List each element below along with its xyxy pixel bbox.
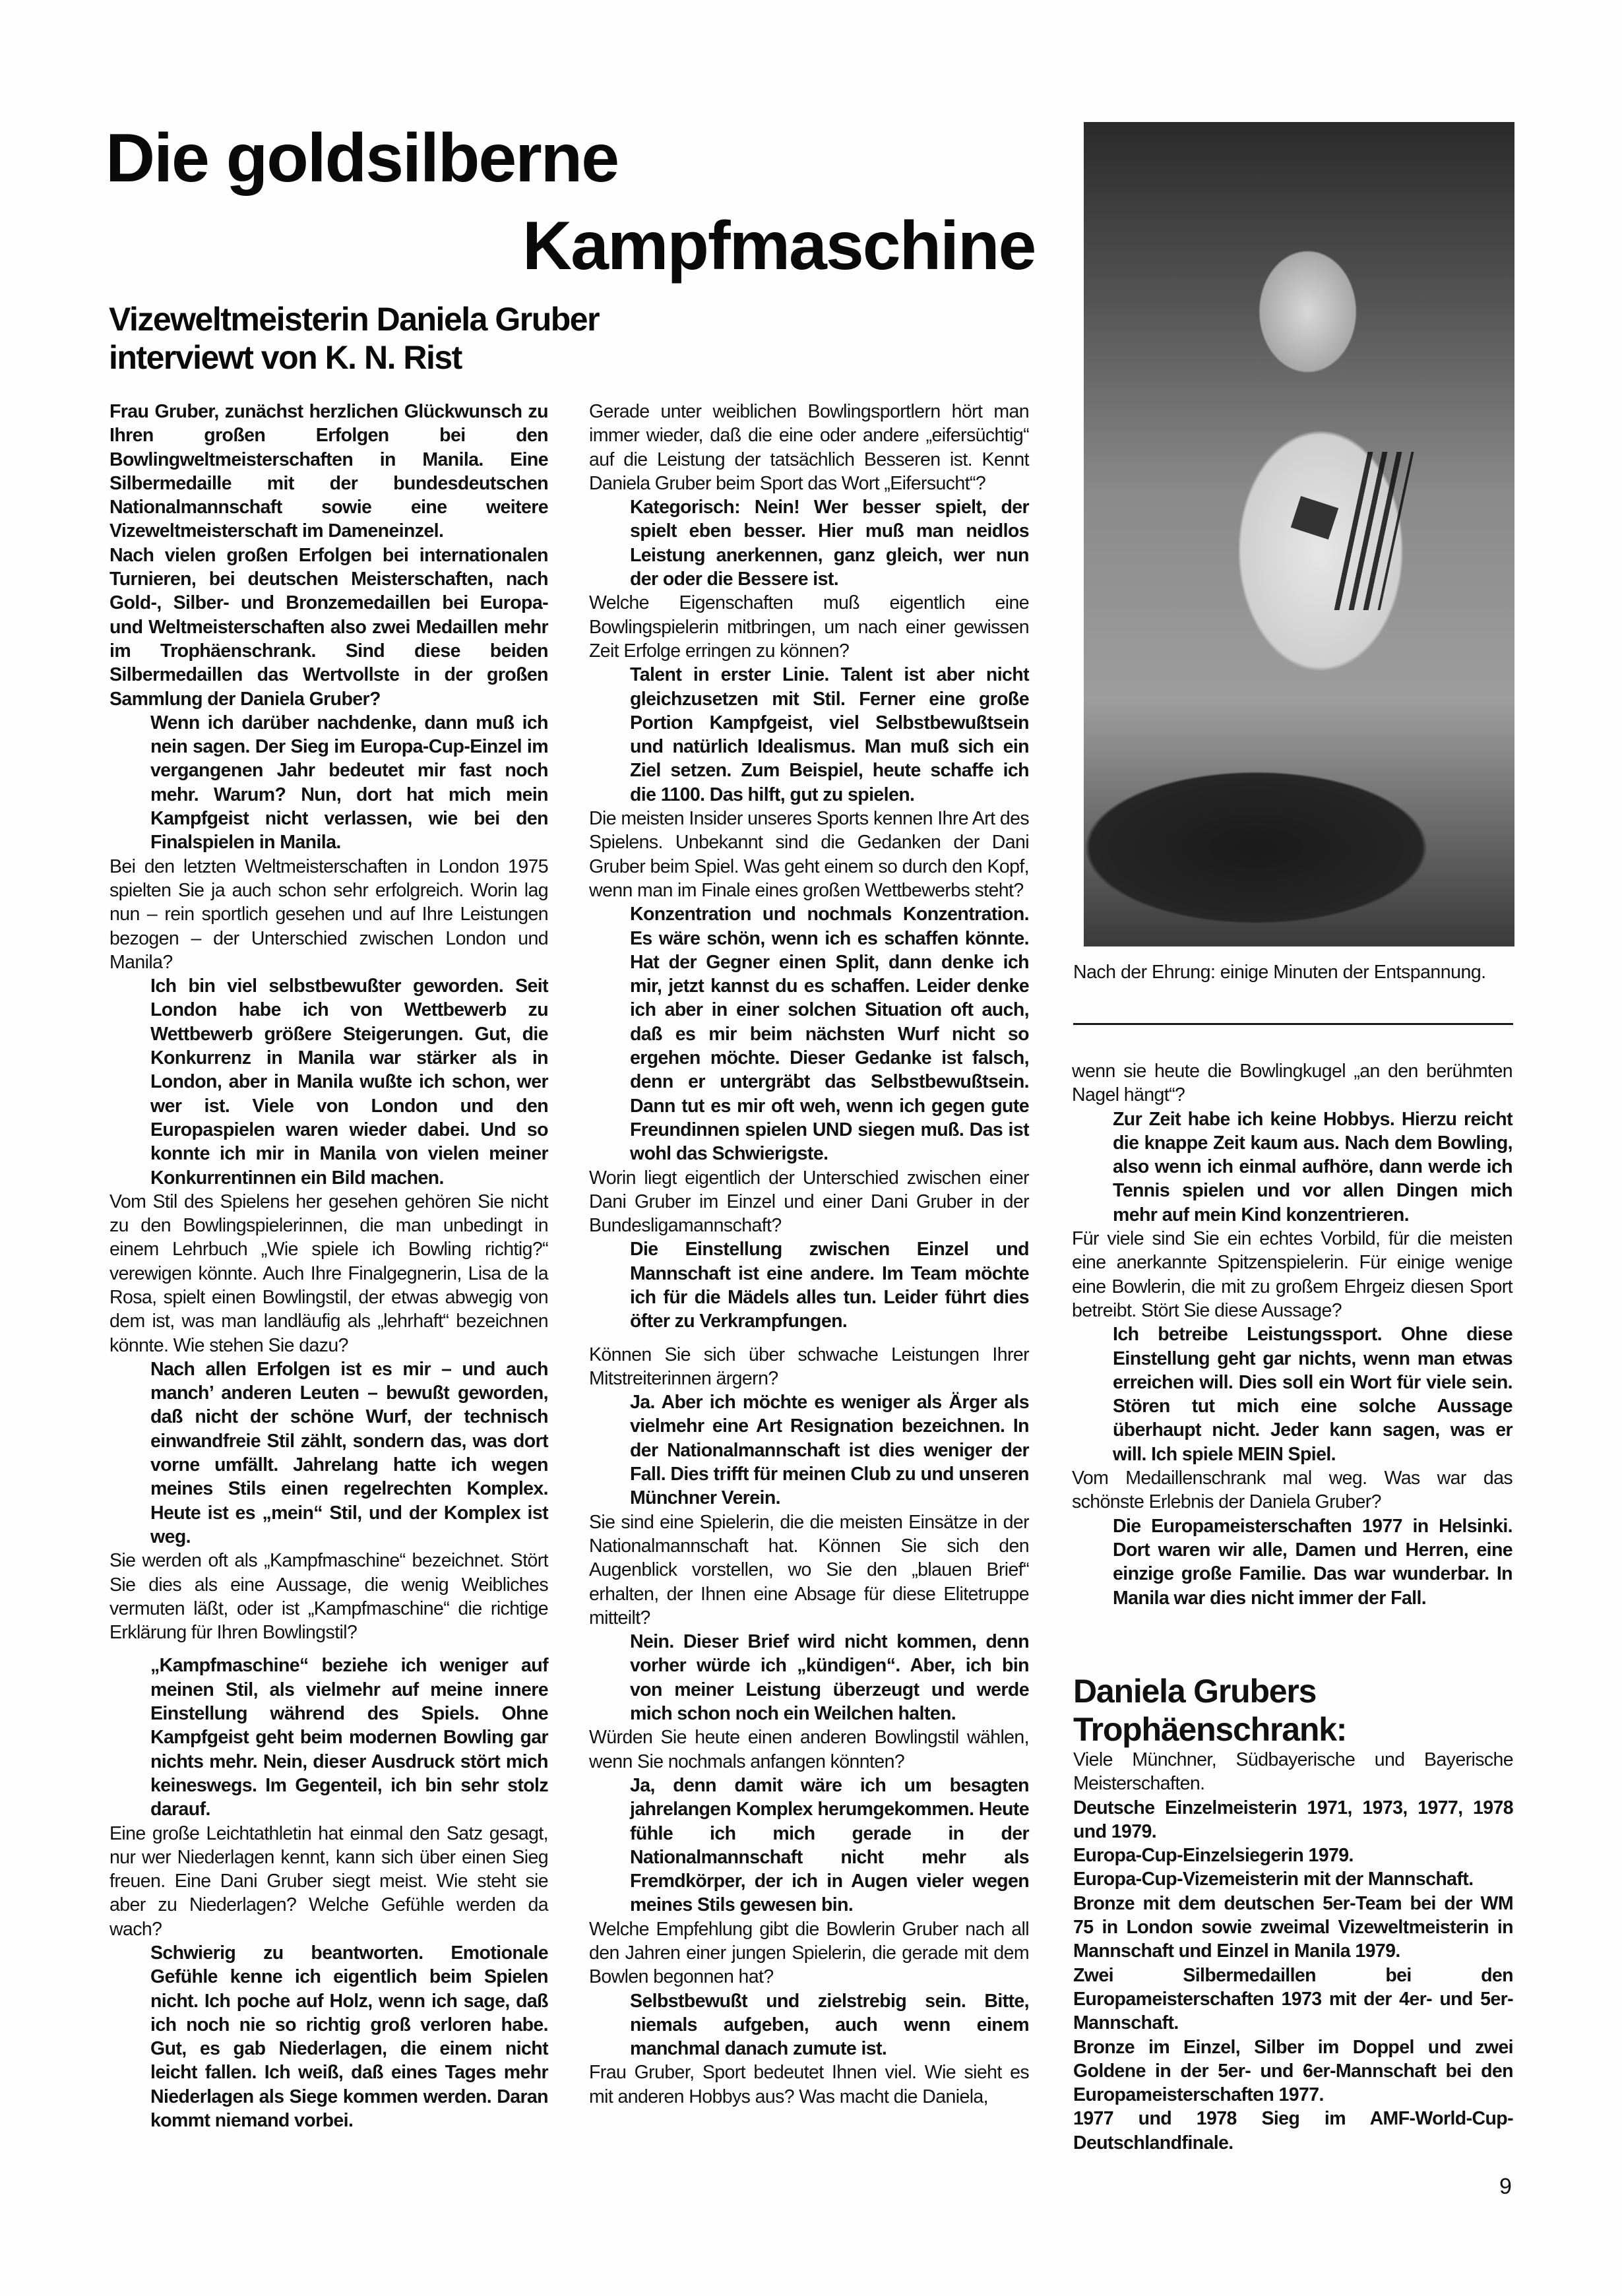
trophy-item: Bronze im Einzel, Silber im Doppel und z… — [1073, 2035, 1513, 2107]
intro-question: Nach vielen großen Erfolgen bei internat… — [109, 543, 548, 711]
answer-paragraph: Die Europameisterschaften 1977 in Helsin… — [1072, 1514, 1513, 1610]
question-paragraph: Die meisten Insider unseres Sports kenne… — [589, 807, 1029, 902]
question-paragraph: Gerade unter weiblichen Bowlingsportlern… — [589, 400, 1029, 495]
caption-divider — [1073, 1023, 1513, 1025]
trophy-item: 1977 und 1978 Sieg im AMF-World-Cup-Deut… — [1073, 2107, 1513, 2155]
trophy-item: Viele Münchner, Südbayerische und Bayeri… — [1073, 1748, 1513, 1796]
answer-paragraph: Talent in erster Linie. Talent ist aber … — [589, 663, 1029, 807]
answer-paragraph: Zur Zeit habe ich keine Hobbys. Hierzu r… — [1072, 1107, 1513, 1227]
answer-paragraph: „Kampfmaschine“ beziehe ich weniger auf … — [109, 1654, 548, 1821]
article-title-line-1: Die goldsilberne — [106, 122, 618, 195]
intro-paragraph: Frau Gruber, zunächst herzlichen Glückwu… — [109, 400, 548, 543]
question-paragraph: Welche Empfehlung gibt die Bowlerin Grub… — [589, 1917, 1029, 1989]
trophies-list: Viele Münchner, Südbayerische und Bayeri… — [1073, 1748, 1513, 2155]
magazine-page: Die goldsilberne Kampfmaschine Vizeweltm… — [0, 0, 1622, 2296]
answer-paragraph: Ja, denn damit wäre ich um besagten jahr… — [589, 1774, 1029, 1917]
question-paragraph: Welche Eigenschaften muß eigentlich eine… — [589, 591, 1029, 663]
jacket-stripes-shape — [1334, 452, 1414, 610]
question-paragraph: Eine große Leichtathletin hat einmal den… — [109, 1822, 548, 1941]
question-paragraph: Vom Stil des Spielens her gesehen gehöre… — [109, 1190, 548, 1357]
photo-caption: Nach der Ehrung: einige Minuten der Ents… — [1073, 960, 1513, 984]
answer-paragraph: Konzentration und nochmals Konzentration… — [589, 902, 1029, 1165]
badge-shape — [1291, 496, 1339, 540]
answer-paragraph: Ich betreibe Leistungssport. Ohne diese … — [1072, 1322, 1513, 1466]
question-paragraph: Bei den letzten Weltmeisterschaften in L… — [109, 855, 548, 974]
interview-column-1: Frau Gruber, zunächst herzlichen Glückwu… — [109, 400, 548, 2132]
answer-paragraph: Ja. Aber ich möchte es weniger als Ärger… — [589, 1390, 1029, 1510]
question-paragraph: Frau Gruber, Sport bedeutet Ihnen viel. … — [589, 2061, 1029, 2109]
trophy-item: Zwei Silbermedaillen bei den Europameist… — [1073, 1964, 1513, 2035]
question-paragraph: Können Sie sich über schwache Leistungen… — [589, 1343, 1029, 1391]
subtitle-line-1: Vizeweltmeisterin Daniela Gruber — [109, 300, 599, 338]
answer-paragraph: Wenn ich darüber nachdenke, dann muß ich… — [109, 711, 548, 855]
trophies-heading: Daniela Grubers Trophäenschrank: — [1073, 1672, 1346, 1749]
answer-paragraph: Nach allen Erfolgen ist es mir – und auc… — [109, 1357, 548, 1549]
question-paragraph: Worin liegt eigentlich der Unterschied z… — [589, 1166, 1029, 1238]
photo-daniela-gruber — [1084, 122, 1514, 946]
interview-column-3: wenn sie heute die Bowlingkugel „an den … — [1072, 1059, 1513, 1610]
answer-paragraph: Kategorisch: Nein! Wer besser spielt, de… — [589, 495, 1029, 591]
answer-paragraph: Nein. Dieser Brief wird nicht kommen, de… — [589, 1630, 1029, 1725]
question-paragraph: wenn sie heute die Bowlingkugel „an den … — [1072, 1059, 1513, 1107]
trophy-item: Europa-Cup-Einzelsiegerin 1979. — [1073, 1844, 1513, 1867]
question-paragraph: Für viele sind Sie ein echtes Vorbild, f… — [1072, 1227, 1513, 1322]
answer-paragraph: Schwierig zu beantworten. Emotionale Gef… — [109, 1941, 548, 2132]
answer-paragraph: Die Einstellung zwischen Einzel und Mann… — [589, 1237, 1029, 1333]
trophy-item: Bronze mit dem deutschen 5er-Team bei de… — [1073, 1892, 1513, 1964]
answer-paragraph: Ich bin viel selbstbewußter geworden. Se… — [109, 974, 548, 1190]
trophies-heading-line-1: Daniela Grubers — [1073, 1672, 1346, 1710]
page-number: 9 — [1499, 2173, 1512, 2200]
question-paragraph: Sie werden oft als „Kampfmaschine“ bezei… — [109, 1549, 548, 1644]
question-paragraph: Vom Medaillenschrank mal weg. Was war da… — [1072, 1466, 1513, 1514]
article-subtitle: Vizeweltmeisterin Daniela Gruber intervi… — [109, 300, 599, 377]
answer-paragraph: Selbstbewußt und zielstrebig sein. Bitte… — [589, 1989, 1029, 2061]
question-paragraph: Sie sind eine Spielerin, die die meisten… — [589, 1510, 1029, 1630]
trophy-item: Europa-Cup-Vizemeisterin mit der Mannsch… — [1073, 1867, 1513, 1891]
subtitle-line-2: interviewt von K. N. Rist — [109, 338, 599, 377]
article-title-line-2: Kampfmaschine — [522, 210, 1035, 282]
interview-column-2: Gerade unter weiblichen Bowlingsportlern… — [589, 400, 1029, 2109]
trophies-heading-line-2: Trophäenschrank: — [1073, 1710, 1346, 1749]
question-paragraph: Würden Sie heute einen anderen Bowlingst… — [589, 1725, 1029, 1774]
trophy-item: Deutsche Einzelmeisterin 1971, 1973, 197… — [1073, 1796, 1513, 1844]
